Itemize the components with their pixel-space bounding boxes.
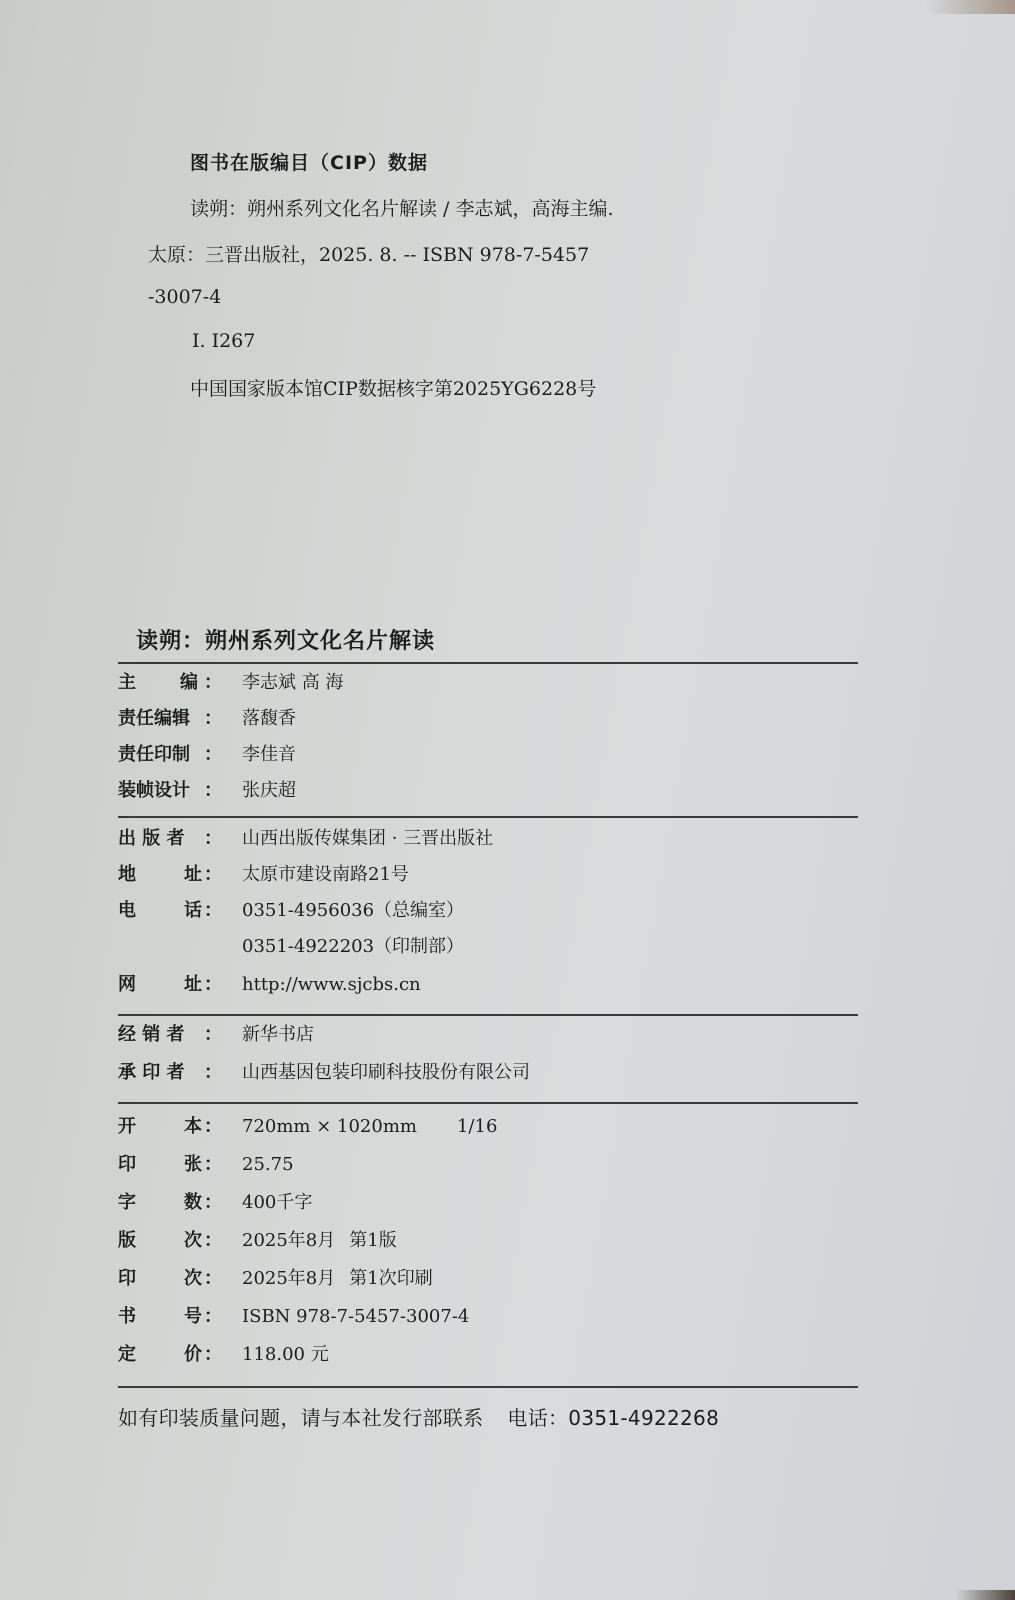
row-value: 山西基因包装印刷科技股份有限公司	[242, 1058, 530, 1088]
row-value: 李佳音	[242, 740, 296, 770]
row-label: 责任编辑：	[118, 704, 228, 734]
row-value: 张庆超	[242, 776, 296, 806]
cip-line-verification: 中国国家版本馆CIP数据核字第2025YG6228号	[190, 374, 596, 401]
row-label: 书号：	[118, 1302, 228, 1332]
quality-contact-note: 如有印装质量问题，请与本社发行部联系电话：0351-4922268	[118, 1402, 719, 1431]
row-value: 400千字	[242, 1188, 312, 1218]
book-title: 读朔：朔州系列文化名片解读	[136, 624, 435, 655]
row-label: 装帧设计：	[118, 776, 228, 806]
row-value: 2025年8月第1版	[242, 1226, 397, 1256]
row-label: 承 印 者：	[118, 1058, 228, 1088]
row-value: 0351-4956036（总编室）	[242, 896, 464, 926]
cip-line-publisher: 太原：三晋出版社，2025. 8. -- ISBN 978-7-5457	[148, 240, 589, 267]
divider	[118, 1014, 858, 1016]
row-label: 版次：	[118, 1226, 228, 1256]
row-value: 新华书店	[242, 1020, 314, 1050]
row-label: 主编：	[118, 668, 228, 698]
divider	[118, 1386, 858, 1388]
row-label: 开本：	[118, 1112, 228, 1142]
row-label: 网址：	[118, 970, 228, 1000]
quality-note-text: 如有印装质量问题，请与本社发行部联系	[118, 1406, 483, 1430]
row-value: 山西出版传媒集团 · 三晋出版社	[242, 824, 493, 854]
distribution-phone: 电话：0351-4922268	[507, 1406, 719, 1430]
divider	[118, 1102, 858, 1104]
row-label: 印张：	[118, 1150, 228, 1180]
row-value: 落馥香	[242, 704, 296, 734]
row-value: 太原市建设南路21号	[242, 860, 409, 890]
row-value: ISBN 978-7-5457-3007-4	[242, 1302, 469, 1332]
website-link[interactable]: http://www.sjcbs.cn	[242, 970, 421, 1000]
row-label: 责任印制：	[118, 740, 228, 770]
copyright-page: 图书在版编目（CIP）数据 读朔：朔州系列文化名片解读 / 李志斌，高海主编. …	[0, 0, 1015, 1600]
row-label: 电话：	[118, 896, 228, 926]
row-label: 地址：	[118, 860, 228, 890]
row-value: 0351-4922203（印制部）	[242, 932, 464, 962]
row-label: 定价：	[118, 1340, 228, 1370]
cip-line-classification: Ⅰ. I267	[192, 330, 255, 352]
divider	[118, 662, 858, 664]
row-value: 720mm × 1020mm1/16	[242, 1112, 497, 1142]
row-label: 经 销 者：	[118, 1020, 228, 1050]
page-corner-shadow	[955, 1590, 1015, 1600]
row-value: 2025年8月第1次印刷	[242, 1264, 433, 1294]
cip-title: 图书在版编目（CIP）数据	[190, 148, 428, 175]
row-label: 印次：	[118, 1264, 228, 1294]
cip-line-isbn-cont: -3007-4	[148, 286, 221, 308]
row-value: 李志斌 高 海	[242, 668, 343, 698]
row-value: 118.00 元	[242, 1340, 329, 1370]
page-corner-shadow	[925, 0, 1015, 14]
row-label: 字数：	[118, 1188, 228, 1218]
divider	[118, 816, 858, 818]
row-label: 出 版 者：	[118, 824, 228, 854]
row-value: 25.75	[242, 1150, 294, 1180]
cip-line-title-author: 读朔：朔州系列文化名片解读 / 李志斌，高海主编.	[190, 194, 614, 221]
